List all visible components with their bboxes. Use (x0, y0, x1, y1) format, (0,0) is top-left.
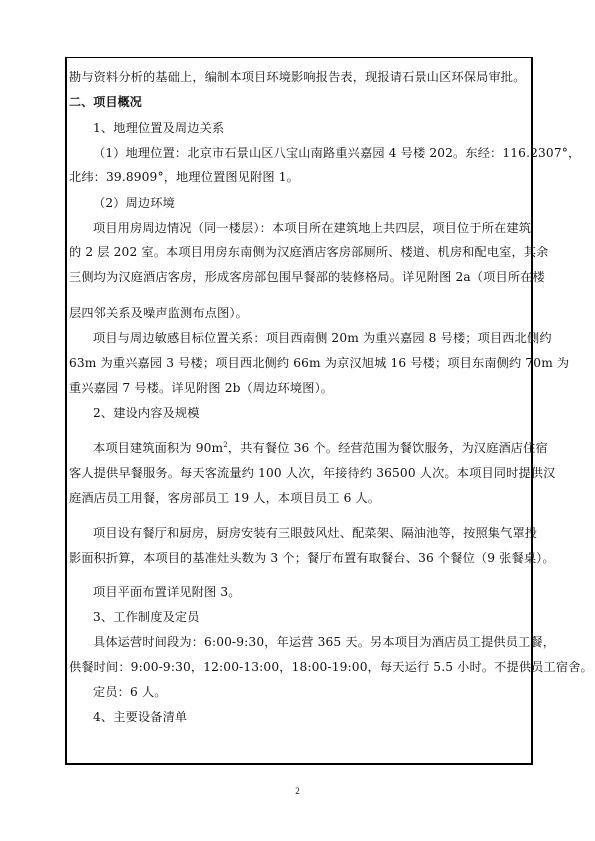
area-text: 本项目建筑面积为 90m (93, 441, 223, 455)
surroundings-para-line: 层四邻关系及噪声监测布点图）。 (69, 306, 248, 320)
layout-reference: 项目平面布置详见附图 3。 (93, 585, 241, 599)
subsection-construction: 2、建设内容及规模 (93, 406, 200, 420)
staffing-text: 定员：6 人。 (93, 685, 167, 699)
subsection-work-schedule: 3、工作制度及定员 (93, 610, 200, 624)
sensitive-targets-line: 项目与周边敏感目标位置关系：项目西南侧 20m 为重兴嘉园 8 号楼；项目西北侧… (93, 331, 552, 345)
sensitive-targets-line: 重兴嘉园 7 号楼。详见附图 2b（周边环境图）。 (69, 381, 333, 395)
construction-para-line: 庭酒店员工用餐，客房部员工 19 人，本项目员工 6 人。 (69, 491, 380, 505)
paragraph-continuation: 勘与资料分析的基础上，编制本项目环境影响报告表，现报请石景山区环保局审批。 (69, 70, 526, 84)
construction-para-line: 本项目建筑面积为 90m2，共有餐位 36 个。经营范围为餐饮服务，为汉庭酒店住… (93, 441, 548, 455)
kitchen-para-line: 项目设有餐厅和厨房，厨房安装有三眼鼓风灶、配菜架、隔油池等，按照集气罩投 (93, 526, 537, 540)
construction-para-line: 客人提供早餐服务。每天客流量约 100 人次，年接待约 36500 人次。本项目… (69, 466, 555, 480)
location-text-cont: 北纬：39.8909°，地理位置图见附图 1。 (69, 170, 299, 184)
section-heading: 二、项目概况 (69, 95, 142, 109)
schedule-para-line: 供餐时间：9:00-9:30，12:00-13:00，18:00-19:00，每… (69, 660, 593, 674)
surroundings-para-line: 的 2 层 202 室。本项目用房东南侧为汉庭酒店客房部厕所、楼道、机房和配电室… (69, 245, 549, 259)
subsection-equipment: 4、主要设备清单 (93, 710, 187, 724)
subsection-heading-location: 1、地理位置及周边关系 (93, 121, 224, 135)
location-text: （1）地理位置：北京市石景山区八宝山南路重兴嘉园 4 号楼 202。东经：116… (93, 146, 580, 160)
surroundings-para-line: 三侧均为汉庭酒店客房，形成客房部包围早餐部的装修格局。详见附图 2a（项目所在楼 (69, 270, 545, 284)
page-number: 2 (0, 786, 595, 796)
sensitive-targets-line: 63m 为重兴嘉园 3 号楼；项目西北侧约 66m 为京汉旭城 16 号楼；项目… (69, 356, 569, 370)
schedule-para-line: 具体运营时间段为：6:00-9:30，年运营 365 天。另本项目为酒店员工提供… (93, 635, 555, 649)
surroundings-para-line: 项目用房周边情况（同一楼层）：本项目所在建筑地上共四层，项目位于所在建筑 (93, 221, 531, 235)
kitchen-para-line: 影面积折算，本项目的基准灶头数为 3 个；餐厅布置有取餐台、36 个餐位（9 张… (69, 551, 555, 565)
seats-text: ，共有餐位 36 个。经营范围为餐饮服务，为汉庭酒店住宿 (228, 441, 548, 455)
subsection-surroundings: （2）周边环境 (93, 196, 175, 210)
